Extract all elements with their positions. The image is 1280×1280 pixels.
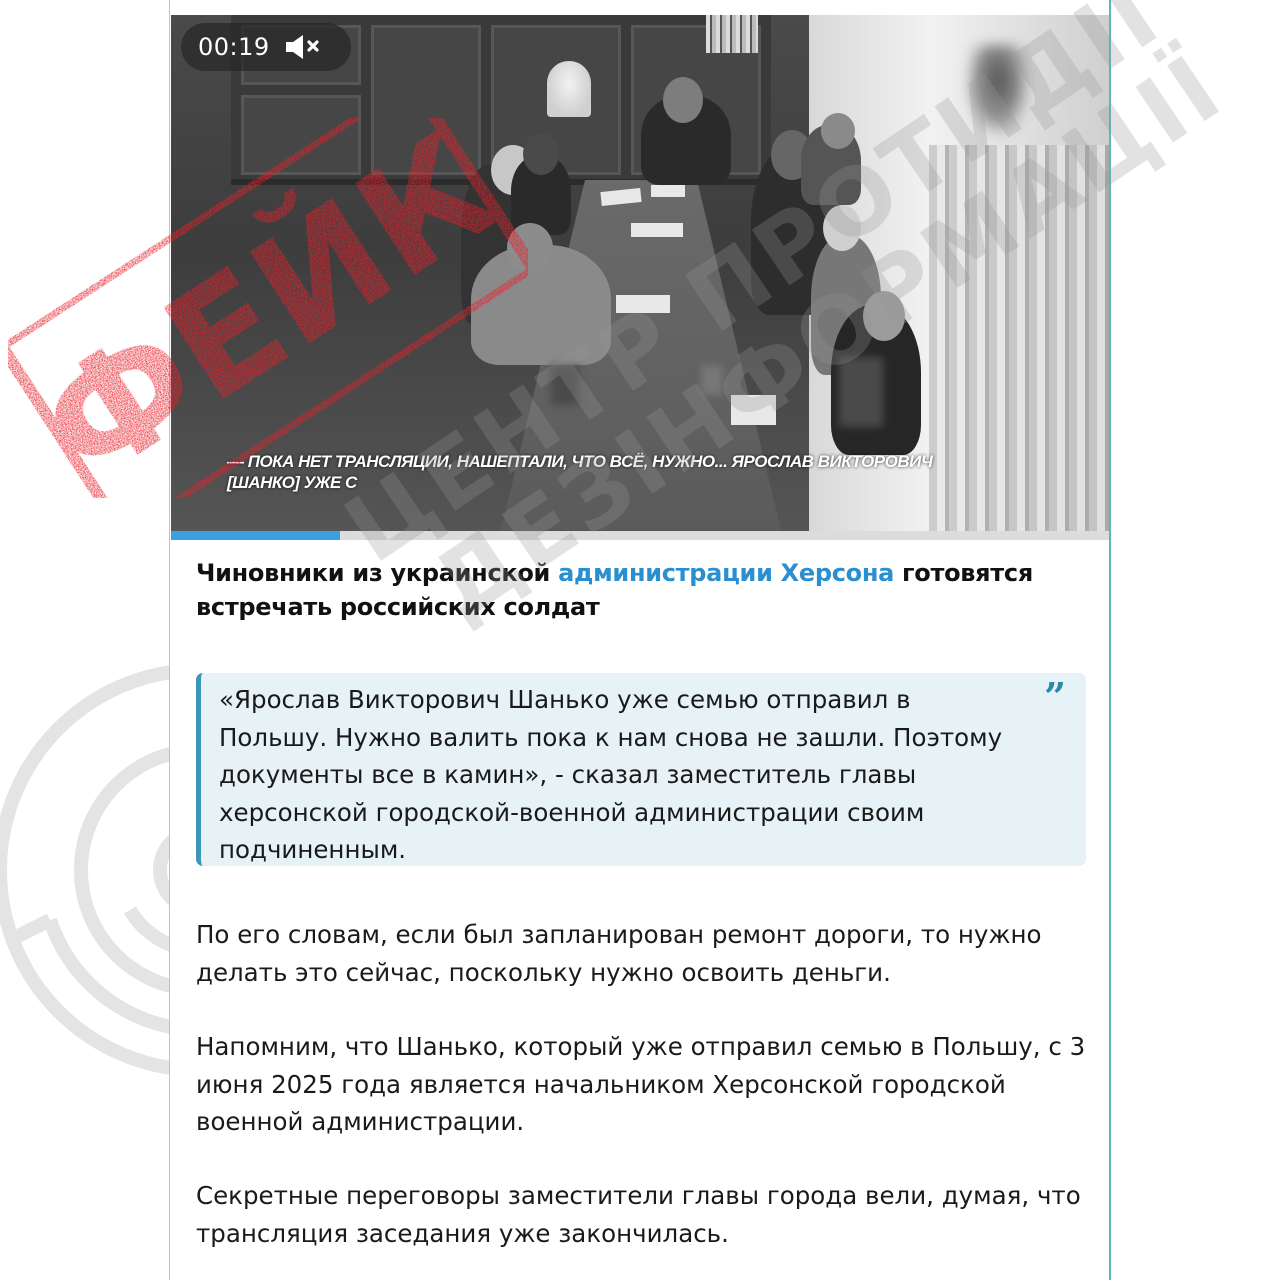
video-time-overlay: 00:19 — [181, 23, 351, 71]
video-subtitle-line1: — ПОКА НЕТ ТРАНСЛЯЦИИ, НАШЕПТАЛИ, ЧТО ВС… — [227, 451, 1097, 472]
video-timestamp: 00:19 — [198, 33, 270, 61]
video-scene-statue — [547, 61, 591, 117]
article-card: 00:19 — ПОКА НЕТ ТРАНСЛЯЦИИ, НАШЕПТАЛИ, … — [169, 0, 1111, 1280]
headline-text-start: Чиновники из украинской — [196, 559, 558, 587]
blurred-channel-logo — [967, 45, 1029, 135]
video-subtitle: — ПОКА НЕТ ТРАНСЛЯЦИИ, НАШЕПТАЛИ, ЧТО ВС… — [227, 451, 1097, 493]
quote-text: «Ярослав Викторович Шанько уже семью отп… — [219, 685, 1002, 864]
video-subtitle-line2: [ШАНКО] УЖЕ С — [227, 472, 1097, 493]
video-player[interactable]: 00:19 — ПОКА НЕТ ТРАНСЛЯЦИИ, НАШЕПТАЛИ, … — [171, 15, 1109, 531]
speaker-muted-icon[interactable] — [284, 34, 322, 60]
article-quote: «Ярослав Викторович Шанько уже семью отп… — [196, 673, 1086, 866]
video-progress-fill — [171, 531, 340, 540]
video-scene-books — [706, 15, 758, 53]
headline-link[interactable]: администрации Херсона — [558, 559, 894, 587]
quote-mark-icon: ” — [1044, 677, 1066, 717]
article-paragraph-2: Напомним, что Шанько, который уже отправ… — [196, 1028, 1096, 1141]
article-paragraph-1: По его словам, если был запланирован рем… — [196, 916, 1096, 991]
video-progress-bar[interactable] — [171, 531, 1109, 540]
article-paragraph-3: Секретные переговоры заместители главы г… — [196, 1177, 1096, 1252]
article-headline: Чиновники из украинской администрации Хе… — [196, 556, 1076, 624]
